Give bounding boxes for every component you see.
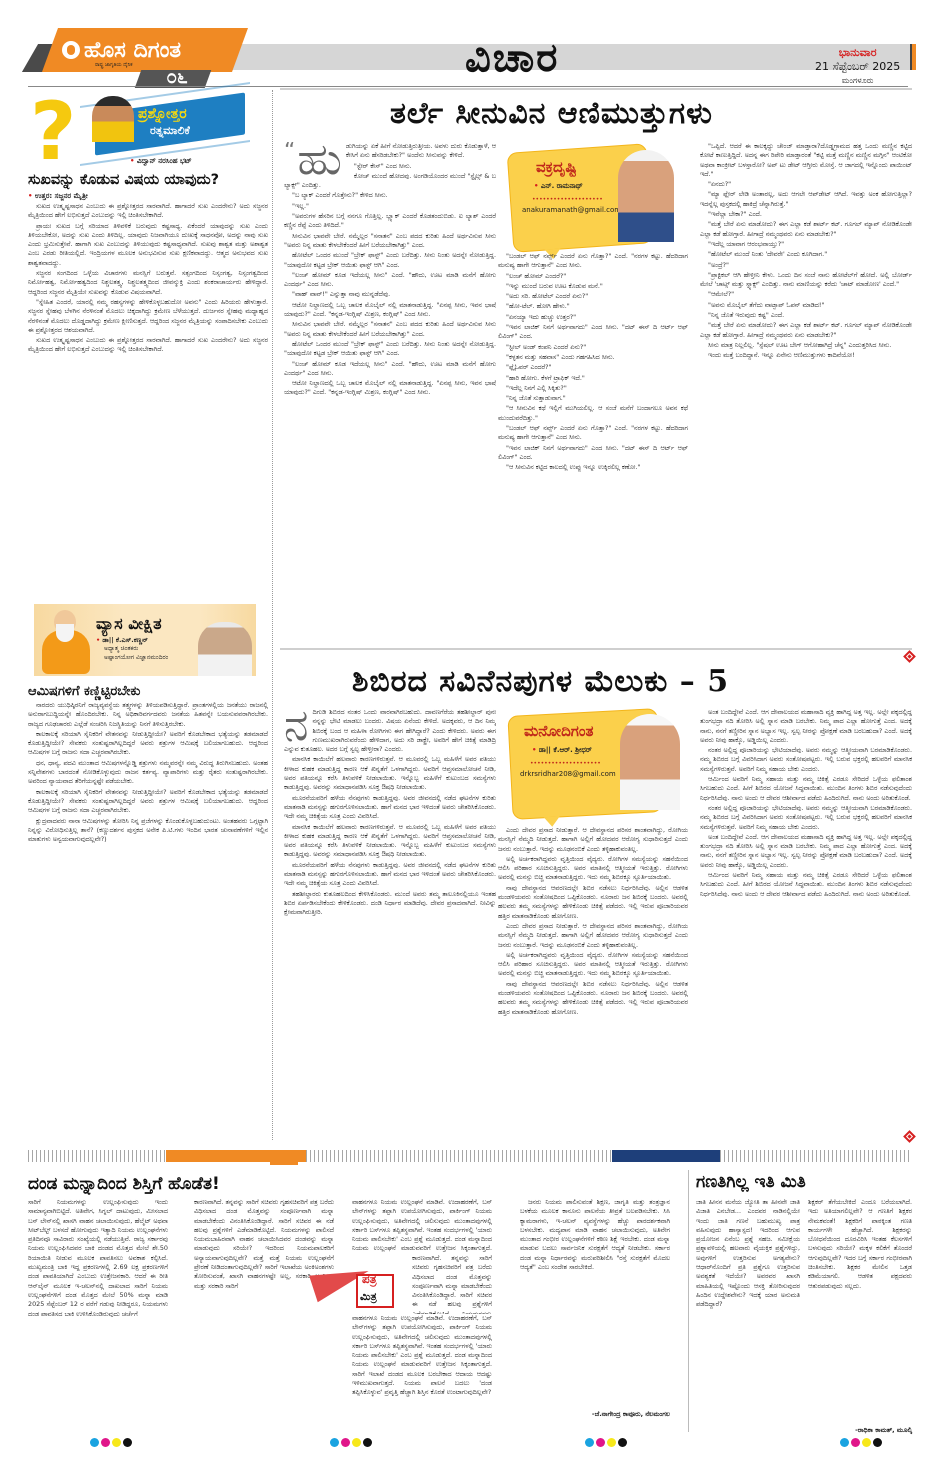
registration-marks bbox=[90, 1438, 132, 1447]
article-headline: ಆಮಿಷಗಳಿಗೆ ಕಣ್ಣಿಟ್ಟಿರಬೇಕು bbox=[28, 684, 140, 699]
paragraph: ಸುಖದ ಉತ್ಕೃಷ್ಟಸಾಧನ ಎಂಬುದು ಈ ಪ್ರಶ್ನೋತ್ತರದ … bbox=[28, 202, 268, 221]
paragraph: ಜಾತಿ ಹೀನನ ಮನೆಯ ಜ್ಯೋತಿ ತಾ ಹೀನವೇ ಜಾತಿ ವಿಜಾ… bbox=[696, 1198, 800, 1310]
paragraph: ಕಾರಣವಾಗಿದೆ. ತನ್ನವನ್ನು ಸಾರಿಗೆ ಸಚಿವರು ಗೃಹಸ… bbox=[412, 1254, 492, 1314]
bullet-icon: • bbox=[534, 182, 538, 190]
page-number: ೦೬ bbox=[152, 66, 202, 88]
author-name: ಎನ್. ರಾಮನಾಥ್ bbox=[541, 182, 583, 190]
paragraph: "ಕಳ್ಳತನ ಮತ್ತು ಸಹವಾಸ" ಎಂದು ಗಹಗಹಿಸಿದ ಸೀನು. bbox=[498, 353, 688, 362]
paragraph: "ಆಮೇಲೆ?" bbox=[700, 290, 912, 299]
vyasa-banner-title: ವ್ಯಾಸ ವೀಕ್ಷಿತ bbox=[96, 614, 162, 634]
author-name: ವಿದ್ವಾನ್ ನರಸಿಂಹ ಭಟ್ bbox=[137, 157, 192, 165]
column-separator bbox=[272, 90, 273, 1140]
paragraph: "ಇದೆಲ್ಲ ಯಾವಾಗ ಆರಂಭವಾಯ್ತು?" bbox=[700, 240, 912, 249]
answer-label: • ಉತ್ತರ: ಸಜ್ಜನರ ಮೈತ್ರೀ bbox=[28, 192, 88, 201]
article-column-2: ಎಂದು ದೇವರ ಪ್ರಸಾದ ನೀಡುತ್ತಾರೆ. ಆ ದೇವಸ್ಥಾನದ… bbox=[498, 826, 688, 1140]
paragraph: ಹೋಟೆಲ್ ಒಂದರ ಮುಂದೆ "ಬ್ರೇಕ್ ಫಾಸ್ಟ್" ಎಂದು ಬ… bbox=[284, 251, 496, 270]
paragraph: ಅಲ್ಲಿ ಅರ್ಚಕರಾಗಿದ್ದವರು ವೃತ್ತಿಯಿಂದ ವೈದ್ಯರು… bbox=[498, 855, 688, 883]
paragraph: ಇಂದು ಮತ್ತೆ ಬಂದಿದ್ದಾನೆ. ಇನ್ನೂ ಏನೇನು ಆಣಿಮು… bbox=[700, 351, 912, 360]
paragraph: "ಮತ್ತೆ ಬೇರೆ ಏನು ಮಾಡೋದು? ಈಗ ಎಲ್ಲಾ ಕಡೆ ಶಾರ… bbox=[700, 321, 912, 340]
article-column-1: “ಹುಡುಗಿಯನ್ನು ಏಕೆ ಹೀಗೆ ನೋಡುತ್ತಿರುತ್ತೀಯ. ಅ… bbox=[284, 142, 496, 628]
divider-strip bbox=[720, 1150, 912, 1162]
byline: • ಡಾ|| ಕೆ.ಆರ್. ಶ್ರೀಧರ್ bbox=[532, 746, 592, 755]
paragraph: "ಅದು ಸರಿ. ಹೋಟೆಲ್ ಎಂದರೆ ಏನು?" bbox=[498, 292, 688, 301]
registration-marks bbox=[585, 1438, 627, 1447]
quote-mark-icon: “ bbox=[284, 142, 295, 162]
divider-strip-accent bbox=[270, 1153, 298, 1165]
column-name: ಮನೋದಿಗಂತ bbox=[524, 722, 594, 740]
weekday: ಭಾನುವಾರ bbox=[815, 46, 900, 60]
columnist-photo bbox=[198, 622, 252, 676]
paragraph: "ಲಂಚ್ ಹೋಮ್ ಕೂಡ ಇದೆಯಲ್ಲ ಸೀನು" ಎಂದೆ. "ಹೌದು… bbox=[284, 360, 496, 379]
answer-text: ಉತ್ತರ: ಸಜ್ಜನರ ಮೈತ್ರೀ bbox=[35, 192, 88, 200]
column-separator bbox=[688, 1170, 689, 1432]
paragraph: ಅಂತ ಬಂದಿದ್ದೇವೆ ಎಂದೆ. ಆಗ ದೇವಾಲಯದ ಮಹಾಸಾದಿ … bbox=[700, 708, 912, 745]
paragraph: "ಇಲ್ಲ." bbox=[284, 202, 496, 211]
question-mark-icon: ? bbox=[30, 92, 76, 172]
paragraph: "ಹೋಟೆಲ್ ಮುಂದೆ ನಿಂತು 'ದೇವರೇ' ಎಂದು ಕೂಗಿದಾಗ… bbox=[700, 250, 912, 259]
paragraph: "ಮ್ಯಾ ಫ್ಲೇರ್ ಲೇಡಿ ಅಂತಾರಲ್ಲ, ಅದು ಆಗಲೇ ಆಪ್… bbox=[700, 190, 912, 209]
article-column-3: "ಒಪ್ಪಿದೆ. ಆದರೆ ಈ ಕಾಲಕ್ಕದ್ದು ಚೇಂಜ್ ಮಾಡ್ತಾ… bbox=[700, 142, 912, 632]
paragraph: ಎಂದು ದೇವರ ಪ್ರಸಾದ ನೀಡುತ್ತಾರೆ. ಆ ದೇವಸ್ಥಾನದ… bbox=[498, 826, 688, 854]
paragraph: ಮಾನಸಿಕ ಕಾಯಿಲೆಗೆ ಹಲವಾರು ಕಾರಣಗಳಿರುತ್ತವೆ. ಆ… bbox=[284, 823, 496, 860]
paragraph: ಕಾಲಕಾಲಕ್ಕೆ ಸರಿಯಾಗಿ ಸೈನಿಕರಿಗೆ ವೇತನವನ್ನು ನ… bbox=[28, 730, 268, 758]
paragraph: ಮೂರನೆಯವರಿಗೆ ಹಳೆಯ ನೆನಪುಗಳು ಕಾಡುತ್ತಿದ್ದವು.… bbox=[284, 794, 496, 822]
paragraph: ಸಾರಿಗೆ ನಿಯಮಗಳನ್ನು ಉಲ್ಲಂಘಿಸುವುದು ಇಂದು ಸಾಮ… bbox=[28, 1198, 168, 1319]
paragraph: "ಇದೆಲ್ಲ ನಿನಗೆ ಎಲ್ಲಿ ಸಿಕ್ಕಿತು?" bbox=[498, 384, 688, 393]
paragraph: "ಫ್ಲೈಓವರ್ ಎಂದರೆ?" bbox=[498, 363, 688, 372]
qa-banner-title: ಪ್ರಶ್ನೋತ್ತರ bbox=[138, 106, 187, 122]
paragraph: ಸುಖದ ಉತ್ಕೃಷ್ಟಸಾಧನ ಎಂಬುದು ಈ ಪ್ರಶ್ನೋತ್ತರದ … bbox=[28, 336, 268, 355]
paragraph: ಎಂದು ದೇವರ ಪ್ರಸಾದ ನೀಡುತ್ತಾರೆ. ಆ ದೇವಸ್ಥಾನದ… bbox=[498, 922, 688, 950]
logo-text-1: ಪತ್ರ bbox=[362, 1272, 377, 1287]
paragraph: ಜನರು ನಿಯಮ ಪಾಲಿಸುವಂತೆ ಶಿಕ್ಷಣ, ಜಾಗೃತಿ ಮತ್ತ… bbox=[520, 1198, 670, 1272]
author-institution: ಅಷ್ಟಾಂಗಯೋಗ ವಿಜ್ಞಾನಮಂದಿರಂ bbox=[104, 654, 168, 662]
article-body: ನಾರದರು ಯುಧಿಷ್ಠಿರನಿಗೆ ರಾಜ್ಯವ್ಯವಸ್ಥೆಯ ತತ್ತ… bbox=[28, 701, 268, 1131]
paragraph: "ಇವೆಲ್ಲಾ ಬೇಕಾ?" ಎಂದೆ. bbox=[700, 210, 912, 219]
byline: • ಎನ್. ರಾಮನಾಥ್ bbox=[534, 182, 583, 191]
divider-dots: •••••••••••••••••••• bbox=[530, 760, 601, 767]
letter-column-3c: ವಾಹನಗಳೂ ನಿಯಮ ಉಲ್ಲಂಘನೆ ಮಾಡಿವೆ. ಉದಾಹರಣೆಗೆ,… bbox=[352, 1314, 492, 1398]
paragraph: "ಬಂಡಲ್ ಆಫ್ ನರ್ವ್ಸ್ ಎಂದರೆ ಏನು ಗೊತ್ತಾ?" ಎಂ… bbox=[498, 252, 688, 271]
paragraph: "ಸ್ಟೀಲ್ ಅಂಡ್ ಕಂಪನಿ ಎಂದರೆ ಏನು?" bbox=[498, 343, 688, 352]
paragraph: ವಾಹನಗಳೂ ನಿಯಮ ಉಲ್ಲಂಘನೆ ಮಾಡಿವೆ. ಉದಾಹರಣೆಗೆ,… bbox=[352, 1198, 492, 1254]
paragraph: ಆರ್ಮಿಂದ ಅವರಿಗೆ ನಿಮ್ಮ ಸಹಾಯ ಮತ್ತು ನಮ್ಮ ಚಿಕ… bbox=[700, 775, 912, 803]
paper-tagline: ರಾಷ್ಟ್ರ ಜಾಗೃತಿಯ ದೈನಿಕ bbox=[95, 62, 133, 68]
article-headline: ಶಿಬಿರದ ಸವಿನೆನಪುಗಳ ಮೆಲುಕು – 5 bbox=[352, 664, 729, 699]
issue-date: 21 ಸೆಪ್ಟೆಂಬರ್ 2025 bbox=[815, 60, 900, 74]
paragraph: ಸೀನು ಮಾತ್ರ ನಿಲ್ಲಲಿಲ್ಲ. "ಸ್ಪೆಷಲ್ ಊಟ ಬೇಗ್ … bbox=[700, 341, 912, 350]
paragraph: "ಅವರುಗಳ ಹೆಸರಿನ ಬಗ್ಗೆ ನನಗೂ ಗೊತ್ತಿಲ್ಲ. ಬ್ಲ… bbox=[284, 212, 496, 231]
paper-logo: ಹೊಸ ದಿಗಂತ bbox=[62, 30, 242, 70]
bullet-icon: • bbox=[28, 192, 32, 200]
end-of-article-icon bbox=[903, 650, 916, 663]
paragraph: ತಹಶೀಲ್ದಾರರು ಕುತೂಹಲದಿಂದ ಕೇಳಿಸಿಕೊಂಡರು. ಮುಂ… bbox=[284, 890, 496, 918]
paragraph: ವಾಹನಗಳೂ ನಿಯಮ ಉಲ್ಲಂಘನೆ ಮಾಡಿವೆ. ಉದಾಹರಣೆಗೆ,… bbox=[352, 1314, 492, 1398]
paragraph: ಅಂತ ಬಂದಿದ್ದೇವೆ ಎಂದೆ. ಆಗ ದೇವಾಲಯದ ಮಹಾಸಾದಿ … bbox=[700, 833, 912, 870]
bullet-icon: • bbox=[130, 157, 134, 165]
corner-tab bbox=[910, 44, 916, 70]
divider-strip bbox=[28, 1150, 168, 1162]
paragraph: "ಮತ್ತೆ ಬೇರೆ ಏನು ಮಾಡೋದು? ಈಗ ಎಲ್ಲಾ ಕಡೆ ಶಾರ… bbox=[700, 220, 912, 239]
paragraph: ಕ್ಷುದ್ರವಾದವರು ನಾನಾ ಆಮಿಷಗಳನ್ನು ತೋರಿಸಿ ನಿನ… bbox=[28, 817, 268, 845]
registration-marks bbox=[840, 1438, 882, 1447]
section-rule bbox=[280, 88, 912, 90]
article-column-1: ನದಿಗುಡಿ ಶಿಬಿರದ ನಂತರ ಒಂದು ವಾರವಾಗಿರಬಹುದು. … bbox=[284, 708, 496, 1140]
drop-cap: ಹು bbox=[297, 142, 341, 178]
divider-strip bbox=[306, 1150, 612, 1162]
paragraph: ಆಟೋ ನಿಲ್ದಾಣದಲ್ಲಿ ಒಬ್ಬ ಚಾಲಕ ಮೊಬೈಲ್ ನಲ್ಲಿ … bbox=[284, 379, 496, 398]
letter-signoff: -ಜೆ.ನಾಗೇಂದ್ರ ಕಾವೂರು, ನೆಲಮಂಗಲ bbox=[520, 1410, 670, 1419]
paragraph: "ವಾಹ್ ವಾವ್!" ಎನ್ನುತ್ತಾ ನಾವು ಮುನ್ನಡೆದೆವು. bbox=[284, 290, 496, 299]
header-rule bbox=[28, 86, 908, 87]
letter-headline: ದಂಡ ಮನ್ನಾದಿಂದ ಶಿಸ್ತಿಗೆ ಹೊಡೆತ! bbox=[28, 1174, 220, 1194]
registration-marks bbox=[330, 1438, 372, 1447]
paragraph: "ಲಂಚ್‌ ಹೋಮ್‌ ಎಂದರೆ?" bbox=[498, 272, 688, 281]
paragraph: ನಾವು ದೇವಸ್ಥಾನದ ಆವರಣದಲ್ಲೇ ಶಿಬಿರ ನಡೆಸಲು ನಿ… bbox=[498, 980, 688, 1017]
paragraph: ಆರ್ಮಿಂದ ಅವರಿಗೆ ನಿಮ್ಮ ಸಹಾಯ ಮತ್ತು ನಮ್ಮ ಚಿಕ… bbox=[700, 871, 912, 899]
bullet-icon: • bbox=[96, 636, 100, 644]
logo-emblem-icon bbox=[62, 41, 80, 59]
article-body: ಸುಖದ ಉತ್ಕೃಷ್ಟಸಾಧನ ಎಂಬುದು ಈ ಪ್ರಶ್ನೋತ್ತರದ … bbox=[28, 202, 268, 592]
edition-city: ಮಂಗಳೂರು bbox=[815, 76, 900, 86]
author-email: anakuramanath@gmail.com bbox=[522, 206, 621, 214]
letter-column-1: ಜಾತಿ ಹೀನನ ಮನೆಯ ಜ್ಯೋತಿ ತಾ ಹೀನವೇ ಜಾತಿ ವಿಜಾ… bbox=[696, 1198, 800, 1438]
bullet-icon: • bbox=[532, 746, 536, 754]
article-headline: ತರ್ಲೆ ಸೀನುವಿನ ಆಣಿಮುತ್ತುಗಳು bbox=[390, 96, 713, 131]
article-headline: ಸುಖವನ್ನು ಕೊಡುವ ವಿಷಯ ಯಾವುದು? bbox=[28, 172, 219, 188]
column-name: ವಕ್ರದೃಷ್ಟಿ bbox=[536, 158, 577, 176]
paragraph: "ಸ್ನೇಹಿತ ಎಂದರೆ, ಯಾರಲ್ಲಿ ನಮ್ಮ ರಹಸ್ಯಗಳನ್ನು… bbox=[28, 298, 268, 335]
columnist-photo bbox=[92, 96, 134, 142]
paragraph: ಪ್ರಾಯಃ ಸುಖದ ಬಗ್ಗೆ ಸರಿಯಾದ ತಿಳಿವಳಿಕೆ ಬರುವು… bbox=[28, 222, 268, 268]
author-email: drkrsridhar208@gmail.com bbox=[520, 770, 616, 778]
article-column-3: ಅಂತ ಬಂದಿದ್ದೇವೆ ಎಂದೆ. ಆಗ ದೇವಾಲಯದ ಮಹಾಸಾದಿ … bbox=[700, 708, 912, 1140]
section-title: ವಿಚಾರ bbox=[465, 34, 559, 81]
paragraph: ಮಾನಸಿಕ ಕಾಯಿಲೆಗೆ ಹಲವಾರು ಕಾರಣಗಳಿರುತ್ತವೆ. ಆ… bbox=[284, 755, 496, 792]
paragraph: ಶಿಕ್ಷಕರ್ ತೆಗೆಯಬೇಕಿದೆ ಎಂದೂ ಬರೆಯಲಾಗಿದೆ. ಇದ… bbox=[808, 1198, 912, 1291]
letter-column-3b: ಕಾರಣವಾಗಿದೆ. ತನ್ನವನ್ನು ಸಾರಿಗೆ ಸಚಿವರು ಗೃಹಸ… bbox=[412, 1254, 492, 1314]
qa-banner-subtitle: ರತ್ನಮಾಲಿಕೆ bbox=[150, 124, 190, 138]
paragraph: "ಹೋ-ಟೆಲ್. ಹೋಗಿ ಹೇಳು." bbox=[498, 302, 688, 311]
author-name: ಡಾ|| ಕೆ.ಆರ್. ಶ್ರೀಧರ್ bbox=[539, 746, 592, 754]
paragraph: ಆಟೋ ನಿಲ್ದಾಣದಲ್ಲಿ ಒಬ್ಬ ಚಾಲಕ ಮೊಬೈಲ್ ನಲ್ಲಿ … bbox=[284, 301, 496, 320]
divider-strip-accent bbox=[612, 1150, 720, 1162]
paragraph: "ನಿನ್ನ ಜೊತೆ ಇರುವುದು ಕಷ್ಟ" ಎಂದೆ. bbox=[700, 311, 912, 320]
paragraph: ನಾರದರು ಯುಧಿಷ್ಠಿರನಿಗೆ ರಾಜ್ಯವ್ಯವಸ್ಥೆಯ ತತ್ತ… bbox=[28, 701, 268, 729]
byline: • ವಿದ್ವಾನ್ ನರಸಿಂಹ ಭಟ್ bbox=[130, 157, 192, 166]
paragraph: "ಇನ್ನು ಮುಂದೆ ಬರುವ ಊಟ ಕೊಡುವ ಮನೆ." bbox=[498, 282, 688, 291]
letter-signoff: -ರಾಧಿಕಾ ಕಾಮತ್, ಮೂಲ್ಕಿ bbox=[808, 1426, 912, 1435]
paragraph: "ಬ ಲ್ಯಾಕ್ ಎಂದರೆ ಗೊತ್ತೇನು?" ಕೇಳಿದ ಸೀನು. bbox=[284, 191, 496, 200]
paragraph: ಸೀನುವಿನ ಭಾವವೇ ಬೇರೆ. ನಮ್ಮೆಲ್ಲರ "ಸನಾತನ" ಎಂ… bbox=[284, 232, 496, 251]
drop-cap: ನ bbox=[284, 708, 308, 744]
paragraph: "ಏನದು?" bbox=[700, 180, 912, 189]
paragraph: ಸೀನುವಿನ ಭಾವವೇ ಬೇರೆ. ನಮ್ಮೆಲ್ಲರ "ಸನಾತನ" ಎಂ… bbox=[284, 320, 496, 339]
paper-name: ಹೊಸ ದಿಗಂತ bbox=[84, 38, 181, 63]
paragraph: ಅಲ್ಲಿ ಅರ್ಚಕರಾಗಿದ್ದವರು ವೃತ್ತಿಯಿಂದ ವೈದ್ಯರು… bbox=[498, 951, 688, 979]
paragraph: “ಹುಡುಗಿಯನ್ನು ಏಕೆ ಹೀಗೆ ನೋಡುತ್ತಿರುತ್ತೀಯ. ಅ… bbox=[284, 142, 496, 161]
paragraph: ಮೂರನೆಯವರಿಗೆ ಹಳೆಯ ನೆನಪುಗಳು ಕಾಡುತ್ತಿದ್ದವು.… bbox=[284, 861, 496, 889]
patra-mitra-logo: ಪತ್ರ ಮಿತ್ರ bbox=[312, 1260, 402, 1310]
article-column-2: "ಬಂಡಲ್ ಆಫ್ ನರ್ವ್ಸ್ ಎಂದರೆ ಏನು ಗೊತ್ತಾ?" ಎಂ… bbox=[498, 252, 688, 630]
divider-dots: •••••••••••••••••••• bbox=[532, 196, 603, 203]
sage-illustration bbox=[36, 604, 96, 676]
paragraph: "ಒಪ್ಪಿದೆ. ಆದರೆ ಈ ಕಾಲಕ್ಕದ್ದು ಚೇಂಜ್ ಮಾಡ್ತಾ… bbox=[700, 142, 912, 179]
paragraph: "ಏನಯ್ಯಾ ಇದು ಹುಚ್ಚು ಉತ್ತರ?" bbox=[498, 313, 688, 322]
paragraph: "ಬಂಡಲ್ ಆಫ್ ನರ್ವ್ಸ್ ಎಂದರೆ ಏನು ಗೊತ್ತಾ?" ಎಂ… bbox=[498, 424, 688, 443]
date-block: ಭಾನುವಾರ 21 ಸೆಪ್ಟೆಂಬರ್ 2025 ಮಂಗಳೂರು bbox=[815, 46, 900, 86]
paragraph: "ನಿನ್ನ ಜೊತೆ ಸುತ್ತಾಡುವಾಗ." bbox=[498, 394, 688, 403]
paragraph: ನಂತರ ಅಲ್ಲಿದ್ದ ಪೂಜಾರಿಯನ್ನು ಭೇಟಿಯಾದೆವು. ಅವ… bbox=[700, 804, 912, 832]
paragraph: "ಇವನ ಲಾಜಿಕ್ ನಿನಗೆ ಅರ್ಥವಾಗದು" ಎಂದ ಸೀನು. "… bbox=[498, 444, 688, 463]
author-designation: ಅಧ್ಯಾತ್ಮ ಚಿಂತಕರು bbox=[104, 645, 138, 653]
paragraph: "ಹಾರಿ ಹೋಗು. ಕೆಳಗೆ ಟ್ರಾಫಿಕ್ ಇದೆ." bbox=[498, 374, 688, 383]
paragraph: "ಅಂದ್ರೆ?" bbox=[700, 261, 912, 270]
letter-headline: ಗಣತಿಗಿಲ್ಲ ಇತಿ ಮಿತಿ bbox=[696, 1172, 806, 1192]
letter-column-1: ಸಾರಿಗೆ ನಿಯಮಗಳನ್ನು ಉಲ್ಲಂಘಿಸುವುದು ಇಂದು ಸಾಮ… bbox=[28, 1198, 168, 1398]
paragraph: ಸಜ್ಜನರ ಸಂಗದಿಂದ ಒಳ್ಳೆಯ ವಿಚಾರಗಳು ಮನಸ್ಸಿಗೆ … bbox=[28, 269, 268, 297]
paragraph: "ಅವನು ಮೊಬೈಲ್ ತೆಗೆದು ವಾಟ್ಸಾಪ್ ಓಪನ್ ಮಾಡಿದ!… bbox=[700, 301, 912, 310]
columnist-photo bbox=[620, 714, 680, 810]
columnist-photo bbox=[618, 150, 674, 242]
letter-column-2: ಶಿಕ್ಷಕರ್ ತೆಗೆಯಬೇಕಿದೆ ಎಂದೂ ಬರೆಯಲಾಗಿದೆ. ಇದ… bbox=[808, 1198, 912, 1418]
letter-column-4: ಜನರು ನಿಯಮ ಪಾಲಿಸುವಂತೆ ಶಿಕ್ಷಣ, ಜಾಗೃತಿ ಮತ್ತ… bbox=[520, 1198, 670, 1378]
paragraph: ನಂತರ ಅಲ್ಲಿದ್ದ ಪೂಜಾರಿಯನ್ನು ಭೇಟಿಯಾದೆವು. ಅವ… bbox=[700, 746, 912, 774]
paragraph: "ಇವನ ಲಾಜಿಕ್ ನಿನಗೆ ಅರ್ಥವಾಗದು" ಎಂದ ಸೀನು. "… bbox=[498, 323, 688, 342]
author-name: ಡಾ|| ಕೆ.ಎಸ್.ಕಣ್ಣನ್ bbox=[102, 636, 147, 644]
logo-text-2: ಮಿತ್ರ bbox=[360, 1290, 377, 1304]
byline: • ಡಾ|| ಕೆ.ಎಸ್.ಕಣ್ಣನ್ bbox=[96, 636, 148, 645]
masthead: ಹೊಸ ದಿಗಂತ ರಾಷ್ಟ್ರ ಜಾಗೃತಿಯ ದೈನಿಕ ೦೬ ವಿಚಾರ… bbox=[0, 0, 945, 88]
paragraph: "ಪ್ರಾಕ್ಟಿಕಲ್ ಆಗಿ ಹೇಳ್ತೀನಿ ಕೇಳು. ಒಂದು ದಿನ… bbox=[700, 271, 912, 290]
paragraph: "ಆ ಸೀನುವಿನ ಕಥೆ ಇಲ್ಲಿಗೆ ಮುಗಿಯಲಿಲ್ಲ. ಆ ಸಂಜ… bbox=[498, 404, 688, 423]
letter-column-3a: ವಾಹನಗಳೂ ನಿಯಮ ಉಲ್ಲಂಘನೆ ಮಾಡಿವೆ. ಉದಾಹರಣೆಗೆ,… bbox=[352, 1198, 492, 1254]
paragraph: ನದಿಗುಡಿ ಶಿಬಿರದ ನಂತರ ಒಂದು ವಾರವಾಗಿರಬಹುದು. … bbox=[284, 708, 496, 754]
paragraph: "ಆ ಸೀನುವಿನ ಕಟ್ಟಿದ ಕಾಲದಲ್ಲಿ ಉಪ್ಪು ಇನ್ನೂ ಉ… bbox=[498, 463, 688, 472]
section-rule bbox=[280, 648, 912, 650]
paragraph: ಹೋಟೆಲ್ ಒಂದರ ಮುಂದೆ "ಬ್ರೇಕ್ ಫಾಸ್ಟ್" ಎಂದು ಬ… bbox=[284, 340, 496, 359]
paragraph: ಧನ, ಧಾನ್ಯ, ಪದವಿ ಮುಂತಾದ ಆಮಿಷಗಳನ್ನೊಡ್ಡಿ ಶತ… bbox=[28, 759, 268, 787]
paragraph: "ಲಂಚ್ ಹೋಮ್ ಕೂಡ ಇದೆಯಲ್ಲ ಸೀನು" ಎಂದೆ. "ಹೌದು… bbox=[284, 271, 496, 290]
paragraph: ಕಾಲಕಾಲಕ್ಕೆ ಸರಿಯಾಗಿ ಸೈನಿಕರಿಗೆ ವೇತನವನ್ನು ನ… bbox=[28, 788, 268, 816]
paragraph: ನಾವು ದೇವಸ್ಥಾನದ ಆವರಣದಲ್ಲೇ ಶಿಬಿರ ನಡೆಸಲು ನಿ… bbox=[498, 884, 688, 921]
